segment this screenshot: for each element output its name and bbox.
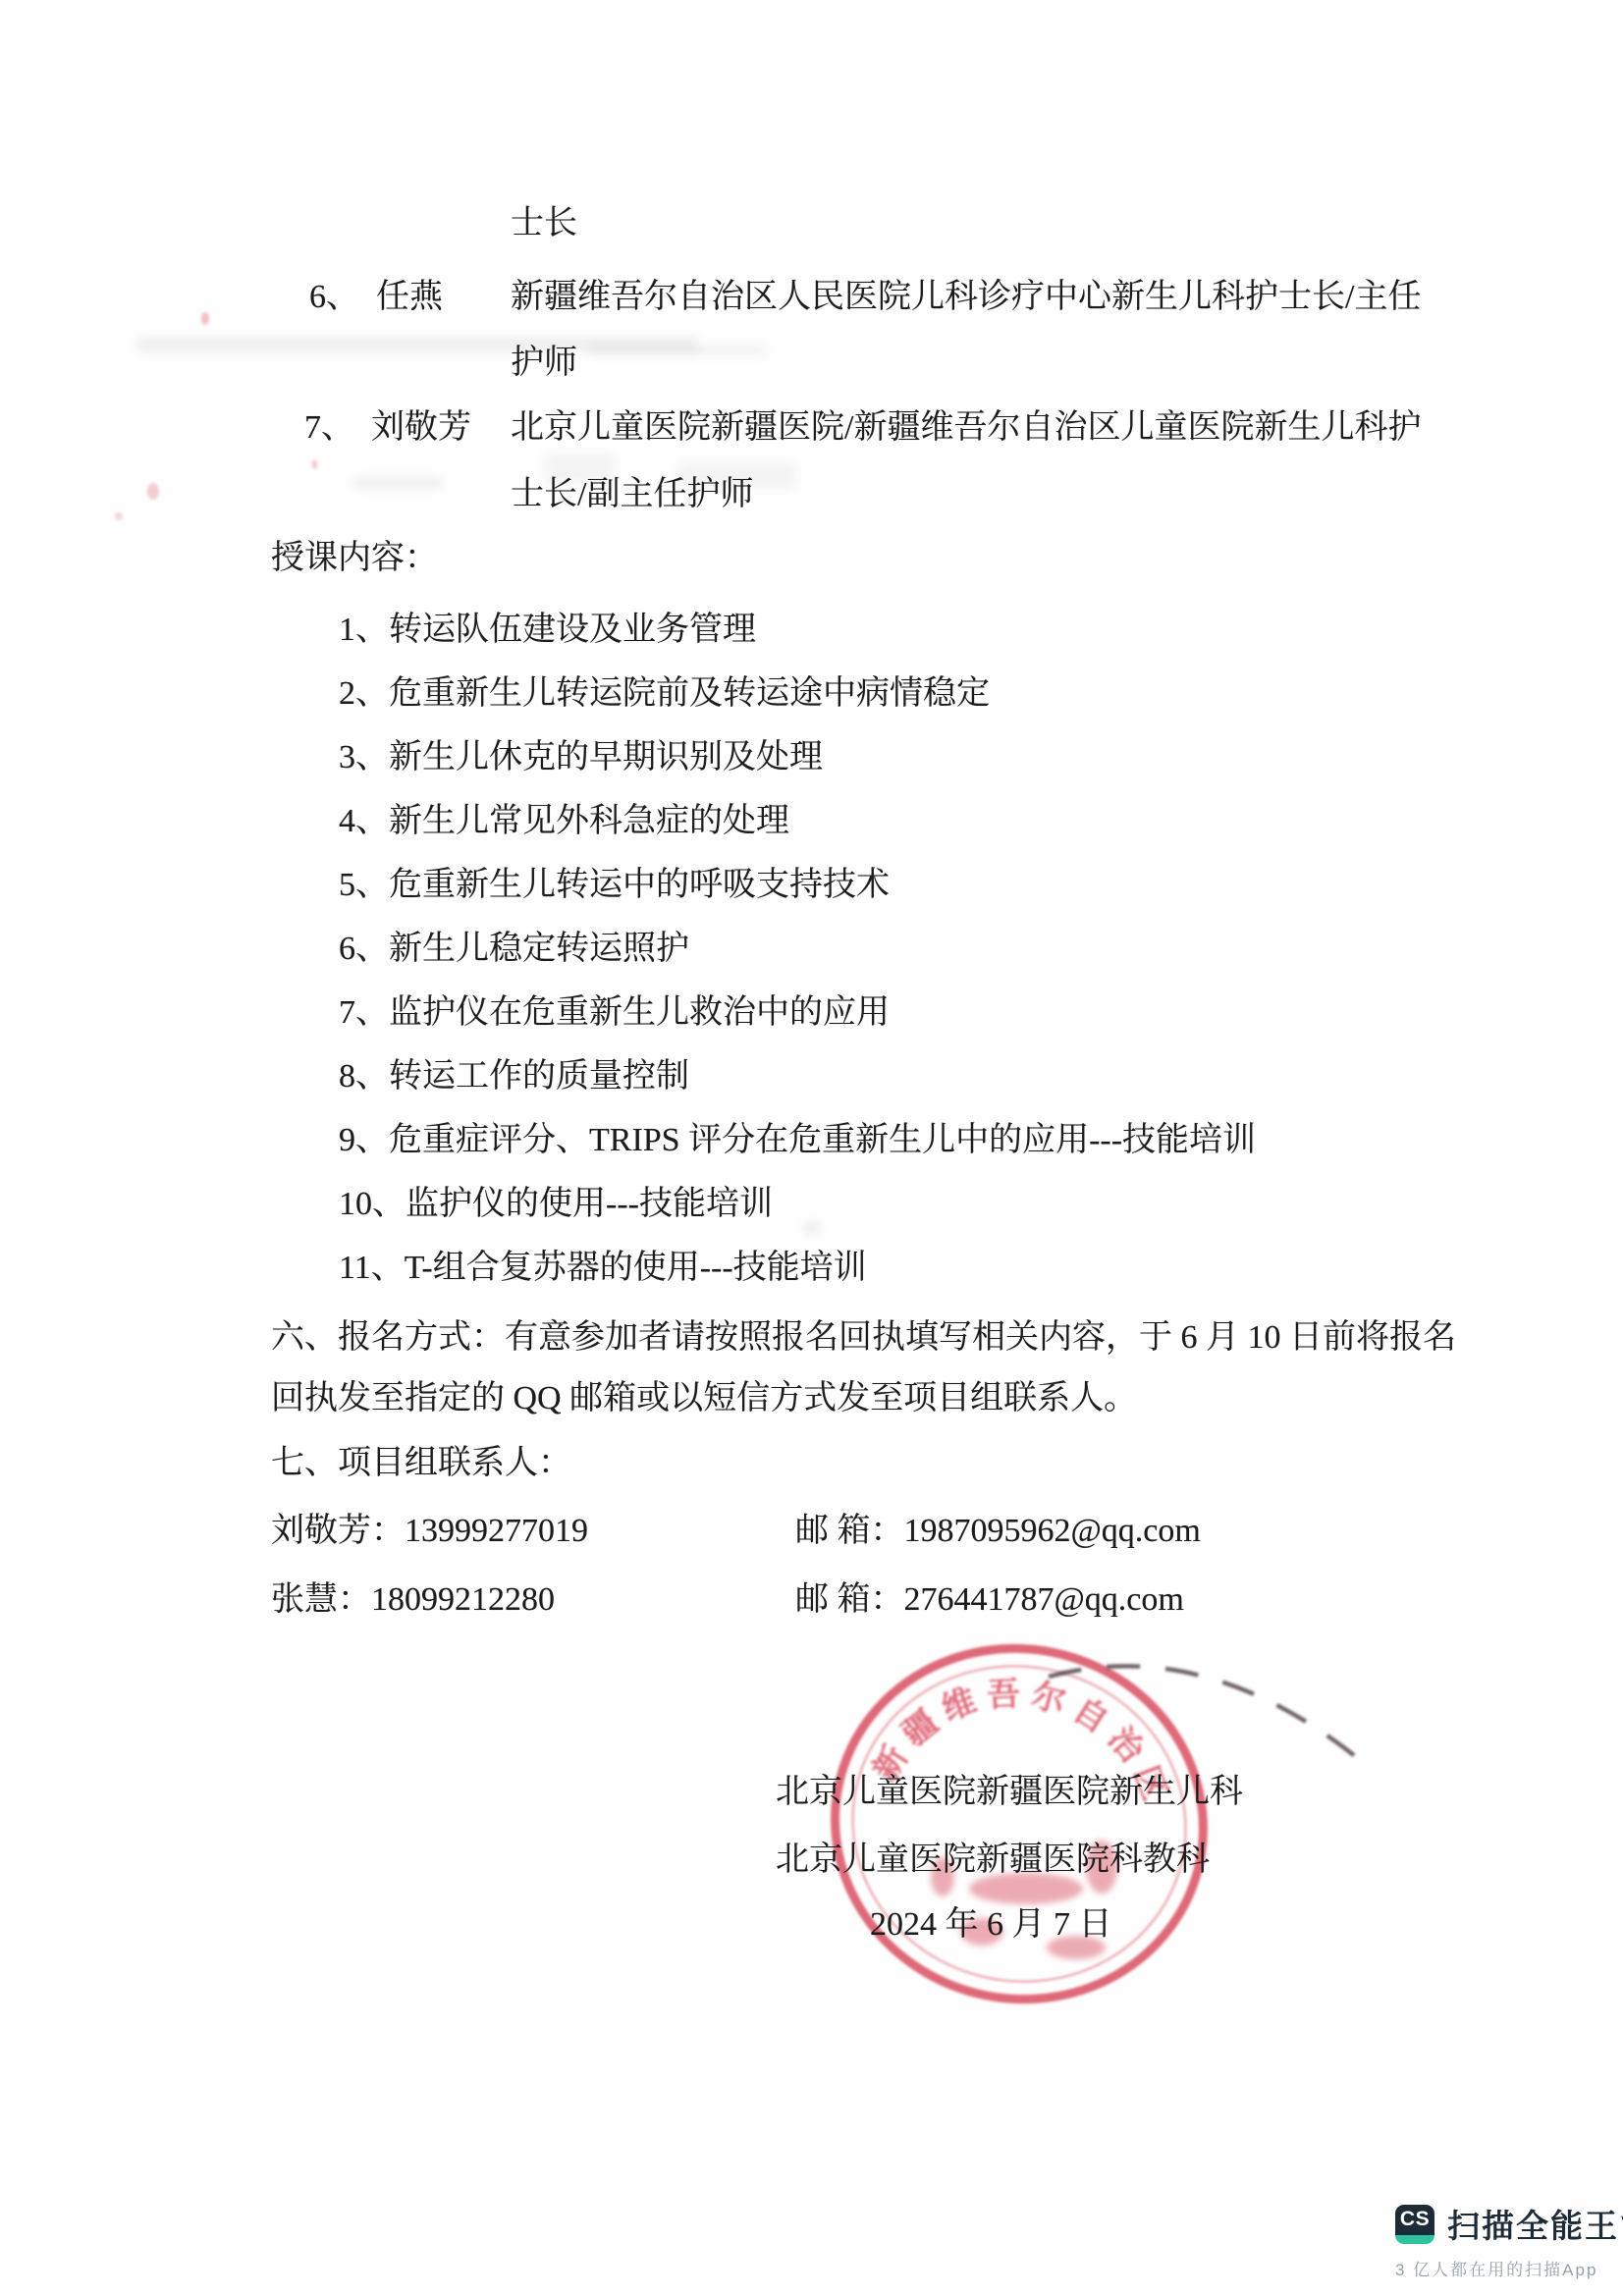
scanned-document-page: 士长 6、 任燕 新疆维吾尔自治区人民医院儿科诊疗中心新生儿科护士长/主任 护师… [0,0,1623,2296]
topic-item: 10、监护仪的使用---技能培训 [339,1185,773,1225]
lecturer-7-name: 刘敬芳 [371,408,471,449]
scan-artifact [137,338,697,351]
topic-item: 6、新生儿稳定转运照护 [339,930,689,970]
lecturer-7-description: 北京儿童医院新疆医院/新疆维吾尔自治区儿童医院新生儿科护 [511,408,1421,449]
scan-artifact [201,312,209,325]
topic-item: 2、危重新生儿转运院前及转运途中病情稳定 [339,674,990,715]
scan-artifact [805,1223,819,1233]
scan-artifact [115,512,123,520]
contact-1-email: 邮 箱：1987095962@qq.com [795,1512,1201,1552]
camscanner-icon-letters: CS [1395,2205,1434,2235]
official-stamp: 新疆维吾尔自治区 [825,1631,1434,2044]
camscanner-title: 扫描全能王™ [1447,2201,1623,2247]
lecturer-5-continuation: 士长 [511,204,577,244]
topic-item: 9、危重症评分、TRIPS 评分在危重新生儿中的应用---技能培训 [339,1121,1256,1161]
stamp-outer-ring [825,1631,1240,2038]
camscanner-tagline: 3 亿人都在用的扫描App [1395,2256,1623,2280]
topic-item: 11、T-组合复苏器的使用---技能培训 [339,1249,867,1289]
contact-1-phone: 刘敬芳：13999277019 [271,1512,588,1552]
topic-item: 3、新生儿休克的早期识别及处理 [339,738,823,778]
scan-artifact [147,483,159,500]
camscanner-title-text: 扫描全能王 [1447,2208,1619,2244]
signature-department-2: 北京儿童医院新疆医院科教科 [776,1841,1210,1881]
registration-line-1: 六、报名方式：有意参加者请按照报名回执填写相关内容，于 6 月 10 日前将报名 [271,1318,1456,1359]
camscanner-logo-row: CS 扫描全能王™ [1395,2201,1623,2247]
lecturer-6-description: 新疆维吾尔自治区人民医院儿科诊疗中心新生儿科护士长/主任 [511,278,1421,318]
lecturer-6-number: 6、 [309,278,359,318]
topic-item: 5、危重新生儿转运中的呼吸支持技术 [339,866,890,906]
registration-line-2: 回执发至指定的 QQ 邮箱或以短信方式发至项目组联系人。 [271,1379,1137,1419]
lecturer-7-description-cont: 士长/副主任护师 [511,475,753,515]
signature-date: 2024 年 6 月 7 日 [870,1905,1112,1946]
contact-2-phone: 张慧：18099212280 [271,1580,555,1621]
topic-item: 8、转运工作的质量控制 [339,1057,689,1097]
topic-item: 7、监护仪在危重新生儿救治中的应用 [339,993,890,1034]
contact-2-email: 邮 箱：276441787@qq.com [795,1580,1184,1621]
scan-artifact [353,477,442,489]
lecturer-6-name: 任燕 [376,278,443,318]
contacts-heading: 七、项目组联系人： [271,1444,571,1484]
lecturer-6-description-cont: 护师 [511,344,577,384]
scan-artifact [589,346,766,355]
camscanner-watermark: CS 扫描全能王™ 3 亿人都在用的扫描App [1395,2201,1623,2280]
topics-heading: 授课内容： [271,539,438,579]
camscanner-app-icon: CS [1395,2205,1434,2244]
scan-artifact [312,459,317,469]
lecturer-7-number: 7、 [304,408,354,449]
signature-department-1: 北京儿童医院新疆医院新生儿科 [776,1773,1243,1813]
topic-item: 1、转运队伍建设及业务管理 [339,611,756,651]
camscanner-icon-strip [1395,2235,1434,2244]
topic-item: 4、新生儿常见外科急症的处理 [339,802,789,842]
